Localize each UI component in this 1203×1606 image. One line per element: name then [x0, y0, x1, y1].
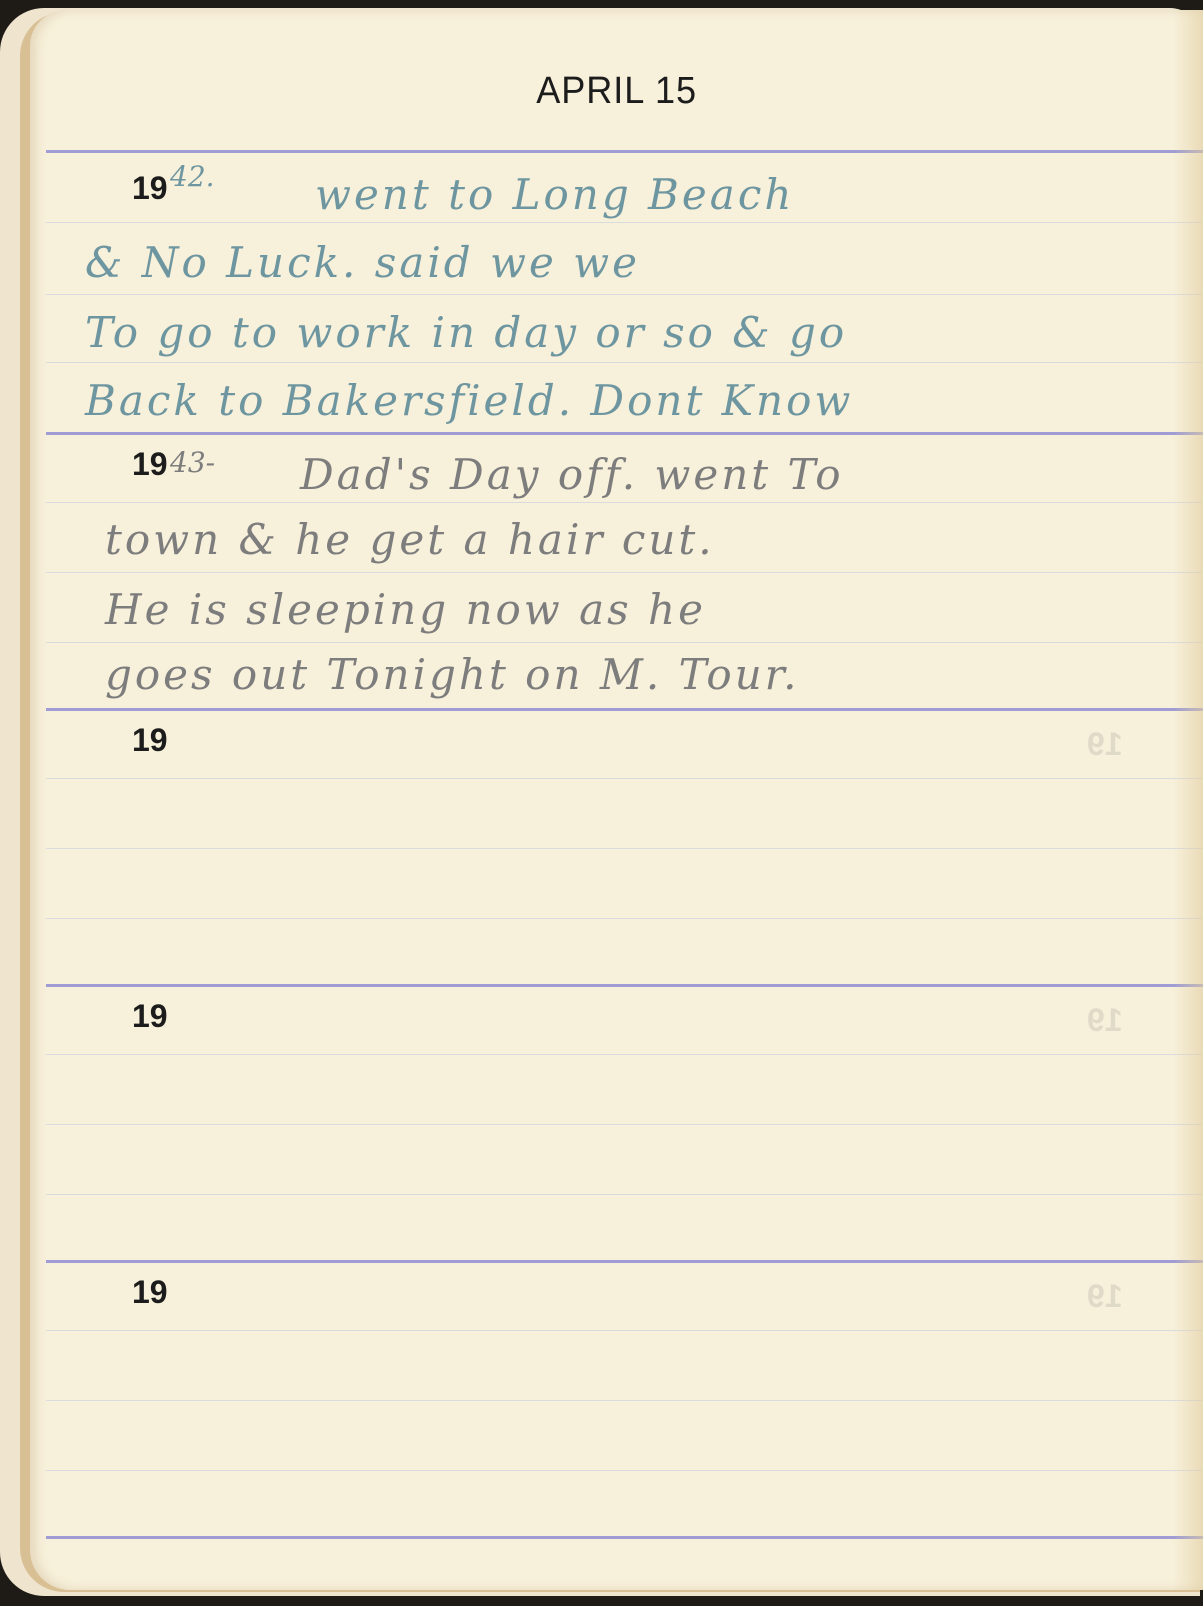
year-label: 19: [132, 1274, 168, 1311]
line-rule: [46, 642, 1203, 643]
entry-line: goes out Tonight on M. Tour.: [105, 650, 799, 699]
entry-line: Dad's Day off. went To: [300, 450, 844, 499]
entry-line: & No Luck. said we we: [85, 238, 640, 287]
entry-line: To go to work in day or so & go: [85, 308, 847, 357]
entry-line: Back to Bakersfield. Dont Know: [85, 376, 853, 425]
section-rule: [46, 1536, 1203, 1539]
section-rule: [46, 1260, 1203, 1263]
line-rule: [46, 778, 1203, 779]
section-rule: [46, 984, 1203, 987]
line-rule: [46, 362, 1203, 363]
section-rule: [46, 708, 1203, 711]
line-rule: [46, 1124, 1203, 1125]
section-rule: [46, 432, 1203, 435]
year-handwritten: 43-: [170, 446, 215, 479]
line-rule: [46, 918, 1203, 919]
line-rule: [46, 502, 1203, 503]
entry-line: town & he get a hair cut.: [105, 515, 715, 564]
bleed-through-year: 19: [1087, 726, 1123, 763]
bleed-through-year: 19: [1087, 1002, 1123, 1039]
year-handwritten: 42.: [170, 160, 215, 193]
line-rule: [46, 1194, 1203, 1195]
page-date-header: APRIL 15: [30, 70, 1203, 113]
line-rule: [46, 1054, 1203, 1055]
year-label: 19: [132, 170, 168, 207]
line-rule: [46, 1400, 1203, 1401]
line-rule: [46, 1470, 1203, 1471]
entry-line: He is sleeping now as he: [105, 585, 706, 634]
line-rule: [46, 848, 1203, 849]
bleed-through-year: 19: [1087, 1278, 1123, 1315]
line-rule: [46, 1330, 1203, 1331]
line-rule: [46, 572, 1203, 573]
year-label: 19: [132, 446, 168, 483]
year-label: 19: [132, 998, 168, 1035]
diary-page: APRIL 15 19 42. went to Long Beach & No …: [30, 10, 1203, 1590]
line-rule: [46, 294, 1203, 295]
section-rule: [46, 150, 1203, 153]
line-rule: [46, 222, 1203, 223]
entry-line: went to Long Beach: [315, 170, 794, 219]
year-label: 19: [132, 722, 168, 759]
